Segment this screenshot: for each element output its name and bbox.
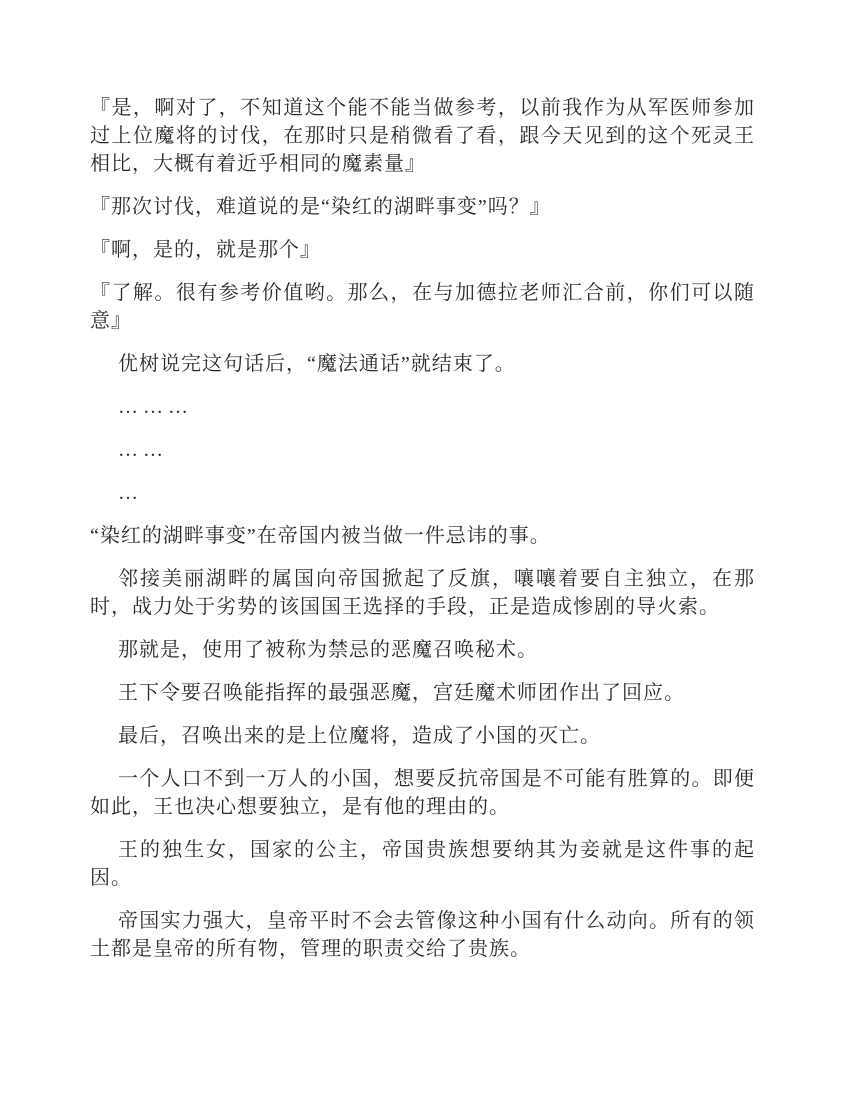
paragraph: 『是，啊对了，不知道这个能不能当做参考，以前我作为从军医师参加过上位魔将的讨伐，… [90, 94, 755, 178]
paragraph: 一个人口不到一万人的小国，想要反抗帝国是不可能有胜算的。即便如此，王也决心想要独… [90, 765, 755, 821]
paragraph: 优树说完这句话后，“魔法通话”就结束了。 [90, 350, 755, 378]
ellipsis-separator: … [90, 479, 755, 507]
paragraph: 『啊，是的，就是那个』 [90, 236, 755, 264]
paragraph: 王下令要召唤能指挥的最强恶魔，宫廷魔术师团作出了回应。 [90, 679, 755, 707]
paragraph: 那就是，使用了被称为禁忌的恶魔召唤秘术。 [90, 636, 755, 664]
paragraph: 帝国实力强大，皇帝平时不会去管像这种小国有什么动向。所有的领土都是皇帝的所有物，… [90, 907, 755, 963]
paragraph: 『那次讨伐，难道说的是“染红的湖畔事变”吗？』 [90, 193, 755, 221]
paragraph-list: 『是，啊对了，不知道这个能不能当做参考，以前我作为从军医师参加过上位魔将的讨伐，… [90, 94, 755, 978]
ellipsis-separator: …… [90, 436, 755, 464]
ellipsis-separator: ……… [90, 393, 755, 421]
paragraph: 『了解。很有参考价值哟。那么，在与加德拉老师汇合前，你们可以随意』 [90, 279, 755, 335]
paragraph: 王的独生女，国家的公主，帝国贵族想要纳其为妾就是这件事的起因。 [90, 836, 755, 892]
paragraph: 最后，召唤出来的是上位魔将，造成了小国的灭亡。 [90, 722, 755, 750]
paragraph: “染红的湖畔事变”在帝国内被当做一件忌讳的事。 [90, 522, 755, 550]
document-page: 『是，啊对了，不知道这个能不能当做参考，以前我作为从军医师参加过上位魔将的讨伐，… [0, 0, 850, 1100]
paragraph: 邻接美丽湖畔的属国向帝国掀起了反旗，嚷嚷着要自主独立，在那时，战力处于劣势的该国… [90, 565, 755, 621]
